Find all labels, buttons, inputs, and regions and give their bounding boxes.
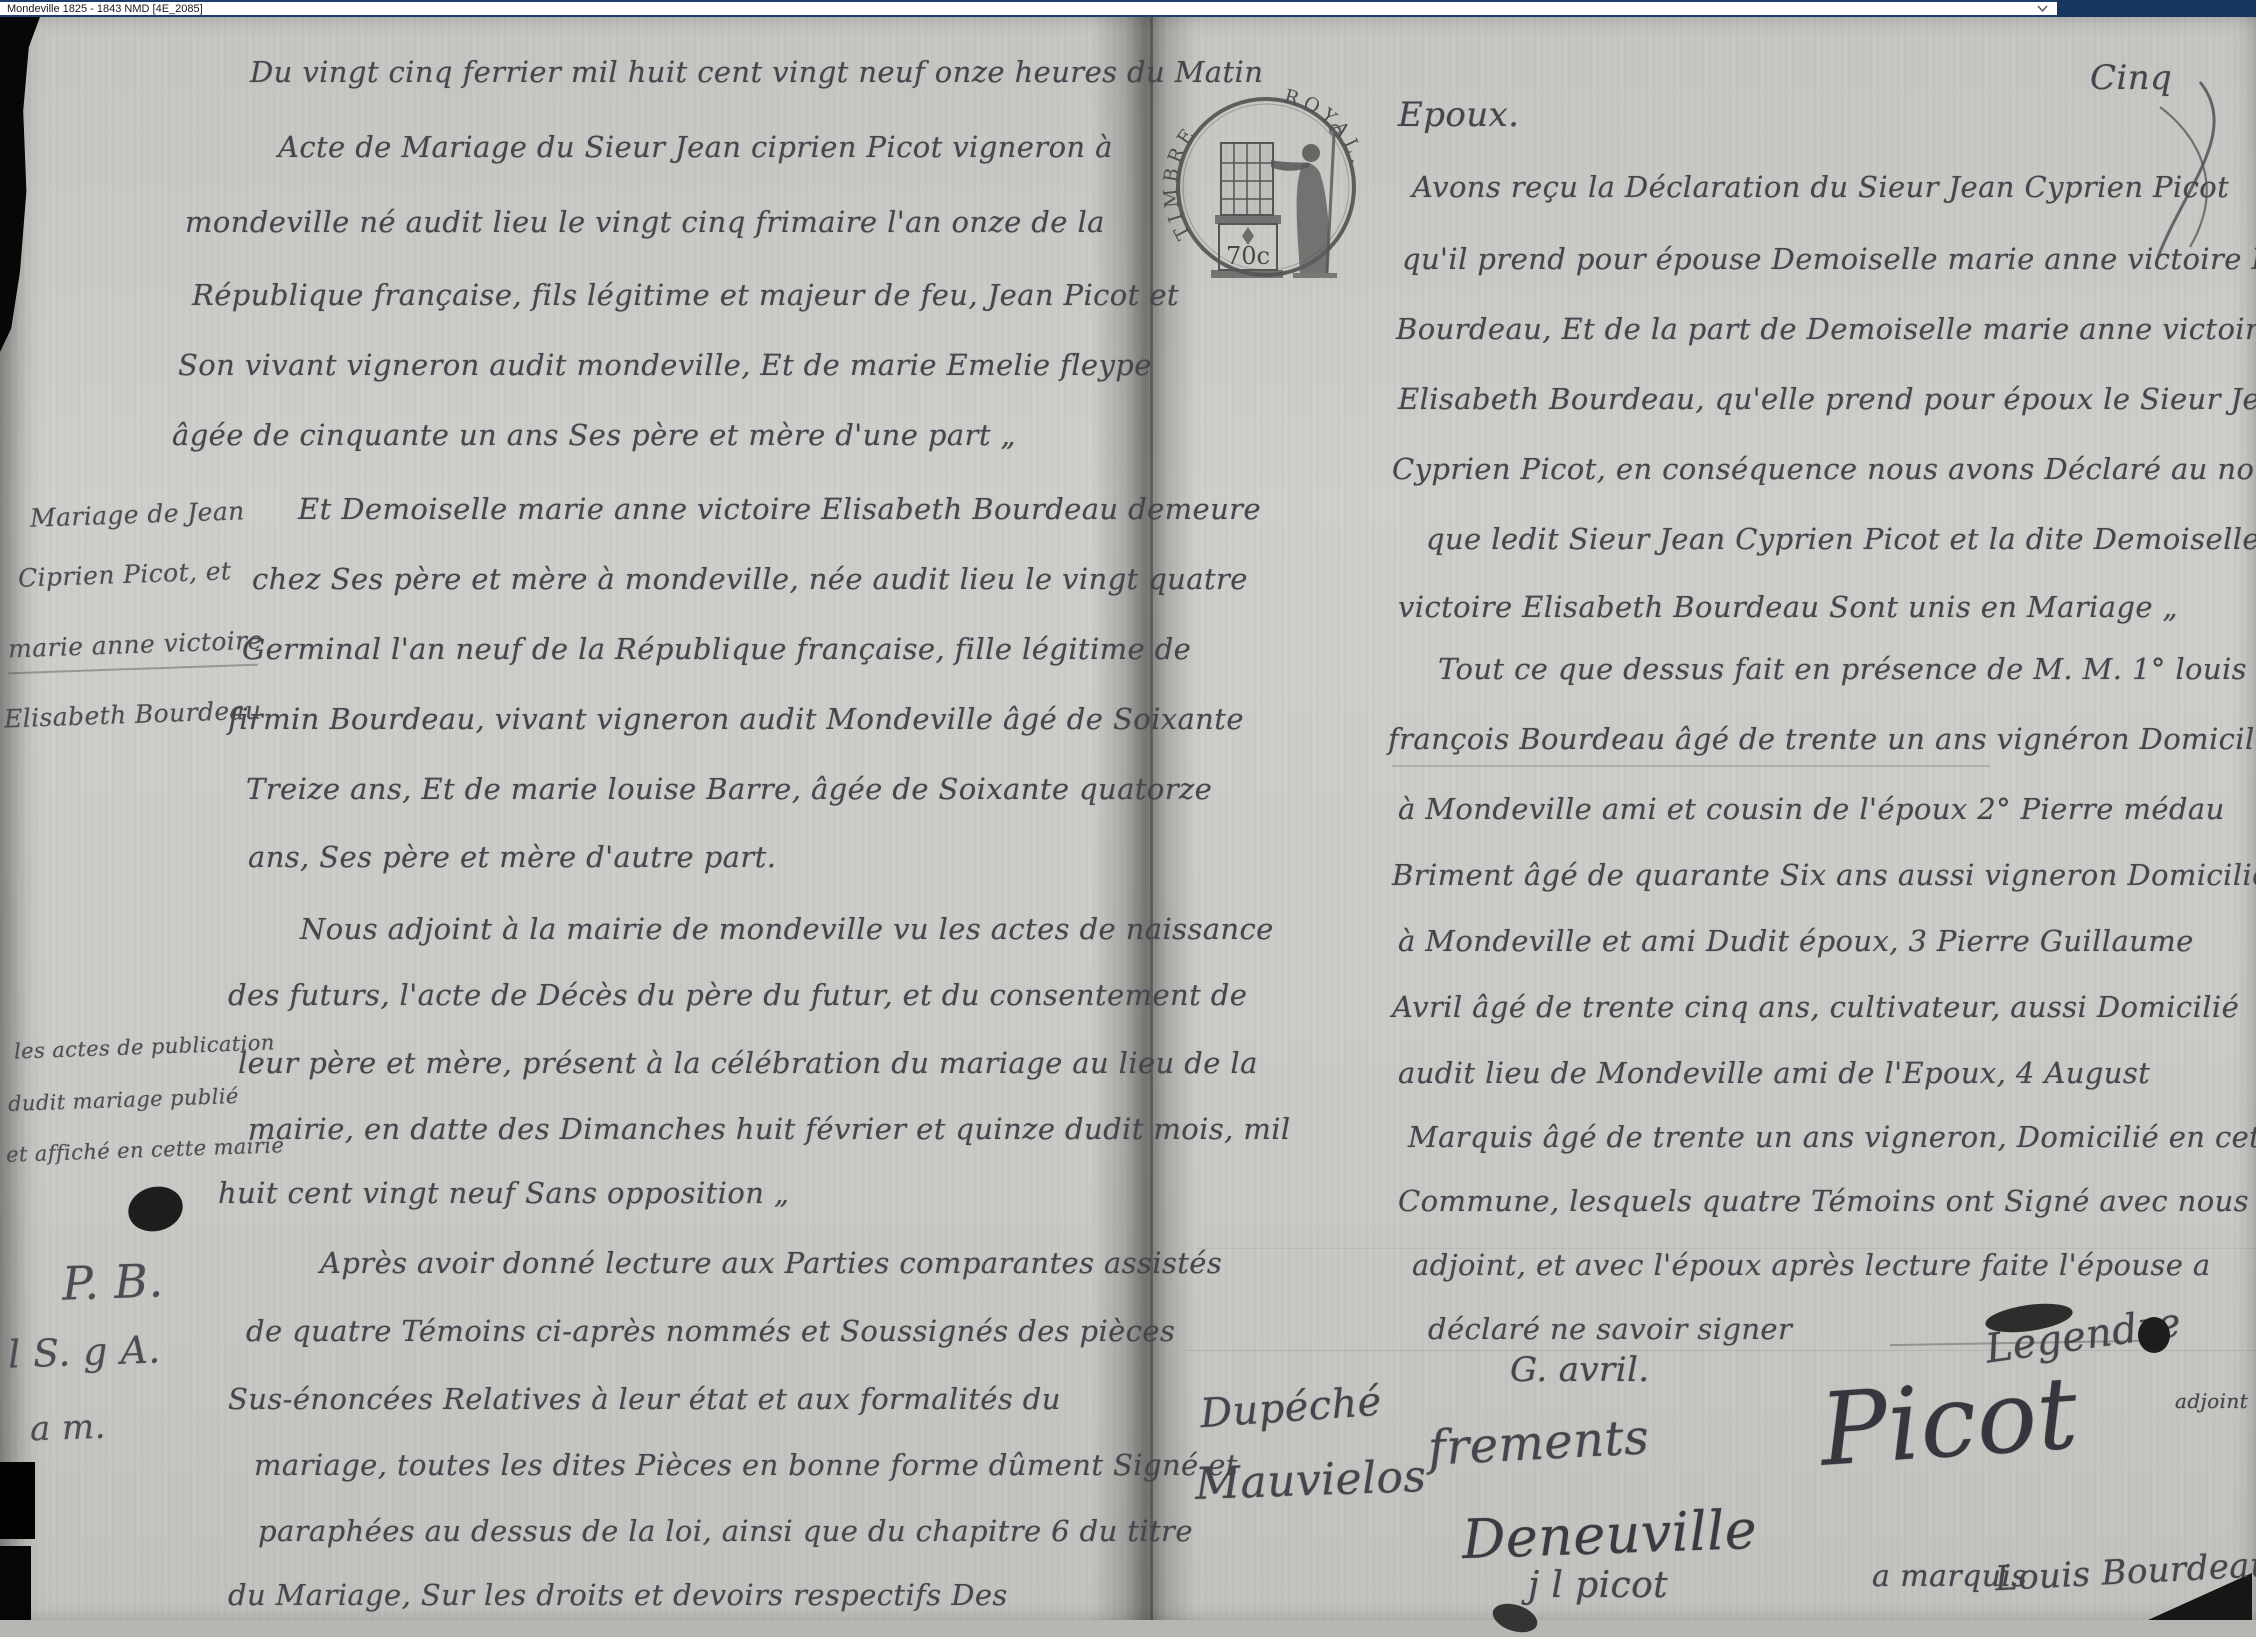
manuscript-line: mairie, en datte des Dimanches huit févr… <box>248 1112 1291 1146</box>
ink-blot <box>2138 1317 2170 1353</box>
manuscript-line: paraphées au dessus de la loi, ainsi que… <box>258 1514 1193 1548</box>
faint-rule-line <box>1186 1350 2256 1351</box>
fold-crease <box>1150 17 1153 1620</box>
margin-note: dudit mariage publié <box>8 1084 239 1116</box>
manuscript-line: françois Bourdeau âgé de trente un ans v… <box>1388 722 2256 756</box>
manuscript-line: audit lieu de Mondeville ami de l'Epoux,… <box>1398 1056 2150 1090</box>
svg-text:TIMBRE: TIMBRE <box>1163 121 1202 243</box>
margin-note: Ciprien Picot, et <box>18 556 232 592</box>
manuscript-line: Avril âgé de trente cinq ans, cultivateu… <box>1392 990 2239 1024</box>
margin-initials: l S. g A. <box>7 1327 161 1376</box>
margin-note: Elisabeth Bourdeau <box>4 696 262 734</box>
page-navigation: |< << < / 258 > >> <box>2057 0 2256 17</box>
manuscript-line: Et Demoiselle marie anne victoire Elisab… <box>298 492 1261 526</box>
manuscript-line: adjoint, et avec l'époux après lecture f… <box>1412 1248 2211 1282</box>
margin-initials: P. B. <box>61 1253 164 1311</box>
underline-stroke <box>8 664 258 675</box>
manuscript-line: à Mondeville et ami Dudit époux, 3 Pierr… <box>1398 924 2194 958</box>
volume-dropdown-button[interactable] <box>2028 2 2057 15</box>
manuscript-line: âgée de cinquante un ans Ses père et mèr… <box>172 418 1016 452</box>
ink-blot <box>123 1181 188 1238</box>
scan-edge-black-top-left <box>0 17 40 352</box>
signature-dupeche: Dupéché <box>1199 1379 1384 1438</box>
signature-g-avril: G. avril. <box>1510 1350 1649 1390</box>
underline-stroke <box>1392 765 1990 767</box>
manuscript-line: de quatre Témoins ci-après nommés et Sou… <box>246 1314 1175 1348</box>
stamp-denomination: 70c <box>1226 242 1270 270</box>
volume-title: Mondeville 1825 - 1843 NMD [4E_2085] <box>0 3 203 15</box>
faint-rule-line <box>1196 1248 2256 1249</box>
manuscript-line: Bourdeau, Et de la part de Demoiselle ma… <box>1396 312 2256 346</box>
signature-jl-picot: j l picot <box>1528 1565 1668 1606</box>
manuscript-line: firmin Bourdeau, vivant vigneron audit M… <box>228 702 1244 736</box>
manuscript-line: à Mondeville ami et cousin de l'époux 2°… <box>1398 792 2225 826</box>
margin-initials: a m. <box>29 1407 106 1450</box>
signature-picot-large: Picot <box>1816 1354 2081 1489</box>
scan-edge-black-bottom-left-2 <box>0 1546 31 1620</box>
manuscript-line: Après avoir donné lecture aux Parties co… <box>320 1246 1222 1280</box>
manuscript-line: Tout ce que dessus fait en présence de M… <box>1438 652 2247 686</box>
timbre-royal-stamp: TIMBRE ROYAL. 70c <box>1163 83 1369 295</box>
margin-note: Mariage de Jean <box>30 496 246 532</box>
signature-adjoint-note: adjoint <box>2175 1389 2248 1413</box>
manuscript-line: Nous adjoint à la mairie de mondeville v… <box>300 912 1274 946</box>
manuscript-line: victoire Elisabeth Bourdeau Sont unis en… <box>1398 590 2178 624</box>
manuscript-line: Treize ans, Et de marie louise Barre, âg… <box>246 772 1212 806</box>
stamp-text-timbre: TIMBRE <box>1163 121 1202 243</box>
signature-frements: frements <box>1427 1409 1651 1476</box>
volume-select[interactable]: Mondeville 1825 - 1843 NMD [4E_2085] <box>0 2 2057 15</box>
margin-note: les actes de publication <box>14 1030 275 1063</box>
manuscript-line: huit cent vingt neuf Sans opposition „ <box>218 1176 789 1210</box>
right-page-header: Epoux. <box>1398 95 1519 135</box>
manuscript-line: Elisabeth Bourdeau, qu'elle prend pour é… <box>1398 382 2256 416</box>
manuscript-line: Acte de Mariage du Sieur Jean ciprien Pi… <box>278 130 1113 164</box>
manuscript-line: Son vivant vigneron audit mondeville, Et… <box>178 348 1152 382</box>
manuscript-line: mariage, toutes les dites Pièces en bonn… <box>254 1448 1238 1482</box>
manuscript-line: Sus-énoncées Relatives à leur état et au… <box>228 1382 1061 1416</box>
manuscript-line: qu'il prend pour épouse Demoiselle marie… <box>1402 242 2256 276</box>
manuscript-line: déclaré ne savoir signer <box>1428 1312 1792 1346</box>
manuscript-line: leur père et mère, présent à la célébrat… <box>238 1046 1258 1080</box>
manuscript-line: République française, fils légitime et m… <box>192 278 1179 312</box>
manuscript-line: Cyprien Picot, en conséquence nous avons… <box>1392 452 2256 486</box>
stamp-text-royal: ROYAL. <box>1282 85 1369 170</box>
manuscript-line: que ledit Sieur Jean Cyprien Picot et la… <box>1426 522 2256 556</box>
chevron-down-icon <box>2037 5 2048 12</box>
margin-note: marie anne victoire <box>8 626 264 664</box>
svg-text:ROYAL.: ROYAL. <box>1282 85 1369 170</box>
manuscript-line: chez Ses père et mère à mondeville, née … <box>252 562 1248 596</box>
manuscript-line: Avons reçu la Déclaration du Sieur Jean … <box>1412 170 2229 204</box>
manuscript-line: Commune, lesquels quatre Témoins ont Sig… <box>1398 1184 2256 1218</box>
signature-deneuville: Deneuville <box>1461 1498 1758 1571</box>
manuscript-line: du Mariage, Sur les droits et devoirs re… <box>228 1578 1008 1612</box>
signature-mauvielos: Mauvielos <box>1194 1451 1427 1510</box>
margin-note: et affiché en cette mairie <box>6 1133 285 1167</box>
scan-edge-black-bottom-left-1 <box>0 1462 35 1539</box>
manuscript-line: Du vingt cinq ferrier mil huit cent ving… <box>250 55 1263 89</box>
manuscript-line: Germinal l'an neuf de la République fran… <box>242 632 1191 666</box>
document-scan-canvas[interactable]: TIMBRE ROYAL. 70c Du vingt cinq ferrier … <box>0 17 2256 1620</box>
manuscript-line: Marquis âgé de trente un ans vigneron, D… <box>1408 1120 2256 1154</box>
manuscript-line: des futurs, l'acte de Décès du père du f… <box>228 978 1247 1012</box>
viewer-toolbar: Mondeville 1825 - 1843 NMD [4E_2085] |< … <box>0 0 2256 17</box>
manuscript-line: ans, Ses père et mère d'autre part. <box>248 840 776 874</box>
manuscript-line: Briment âgé de quarante Six ans aussi vi… <box>1392 858 2256 892</box>
manuscript-line: mondeville né audit lieu le vingt cinq f… <box>185 205 1105 239</box>
